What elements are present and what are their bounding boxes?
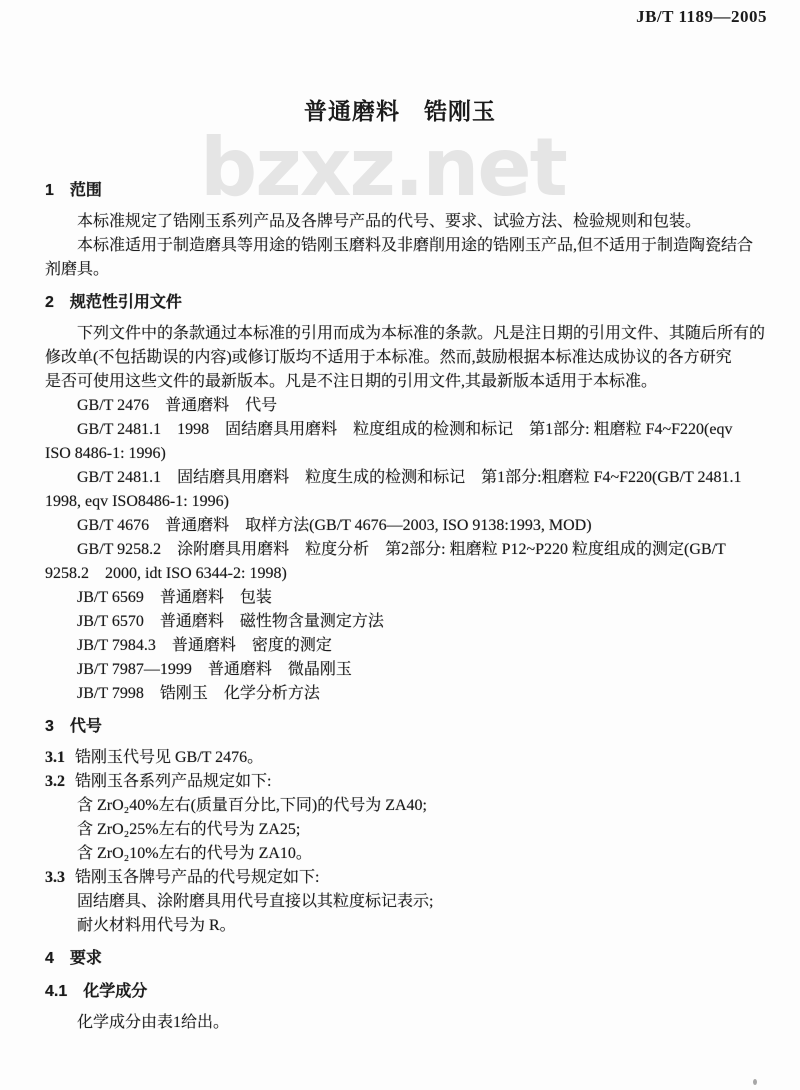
section-heading: 4 要求 [45, 947, 761, 971]
paragraph: 固结磨具、涂附磨具用代号直接以其粒度标记表示; [45, 890, 761, 914]
reference-item: JB/T 6570 普通磨料 磁性物含量测定方法 [45, 610, 761, 634]
clause-line: 3.3锆刚玉各牌号产品的代号规定如下: [45, 866, 761, 890]
reference-item: JB/T 6569 普通磨料 包装 [45, 586, 761, 610]
text-line: JB/T 6570 普通磨料 磁性物含量测定方法 [45, 610, 761, 634]
reference-item: JB/T 7984.3 普通磨料 密度的测定 [45, 634, 761, 658]
paragraph: 含 ZrO₂10%左右的代号为 ZA10。 [45, 842, 761, 866]
paragraph: 本标准规定了锆刚玉系列产品及各牌号产品的代号、要求、试验方法、检验规则和包装。 [45, 210, 761, 234]
section-heading: 3 代号 [45, 715, 761, 739]
reference-item: GB/T 4676 普通磨料 取样方法(GB/T 4676—2003, ISO … [45, 514, 761, 538]
paragraph: 下列文件中的条款通过本标准的引用而成为本标准的条款。凡是注日期的引用文件、其随后… [45, 322, 761, 394]
reference-item: GB/T 2481.1 1998 固结磨具用磨料 粒度组成的检测和标记 第1部分… [45, 418, 761, 466]
text-line: 含 ZrO₂25%左右的代号为 ZA25; [45, 818, 761, 842]
paragraph: 化学成分由表1给出。 [45, 1011, 761, 1035]
reference-item: GB/T 2476 普通磨料 代号 [45, 394, 761, 418]
standard-code: JB/T 1189—2005 [636, 7, 767, 27]
document-title: 普通磨料 锆刚玉 [0, 93, 800, 126]
reference-item: GB/T 2481.1 固结磨具用磨料 粒度生成的检测和标记 第1部分:粗磨粒 … [45, 466, 761, 514]
clause-number: 3.3 [45, 869, 75, 886]
text-line: 本标准规定了锆刚玉系列产品及各牌号产品的代号、要求、试验方法、检验规则和包装。 [45, 210, 761, 234]
paragraph: 耐火材料用代号为 R。 [45, 914, 761, 938]
section-heading: 4.1 化学成分 [45, 980, 761, 1004]
section-heading: 2 规范性引用文件 [45, 291, 761, 315]
text-line: JB/T 7984.3 普通磨料 密度的测定 [45, 634, 761, 658]
clause-number: 3.1 [45, 749, 75, 766]
text-line: ISO 8486-1: 1996) [45, 442, 761, 466]
text-line: GB/T 2481.1 1998 固结磨具用磨料 粒度组成的检测和标记 第1部分… [45, 418, 761, 442]
scan-artifact-dot [753, 1079, 757, 1085]
reference-item: JB/T 7998 锆刚玉 化学分析方法 [45, 682, 761, 706]
scanned-document-page: bzxz.net JB/T 1189—2005 普通磨料 锆刚玉 1 范围本标准… [0, 0, 800, 1090]
text-line: 化学成分由表1给出。 [45, 1011, 761, 1035]
text-line: JB/T 7998 锆刚玉 化学分析方法 [45, 682, 761, 706]
paragraph: 含 ZrO₂40%左右(质量百分比,下同)的代号为 ZA40; [45, 794, 761, 818]
reference-item: JB/T 7987—1999 普通磨料 微晶刚玉 [45, 658, 761, 682]
clause-text: 锆刚玉代号见 GB/T 2476。 [75, 749, 263, 766]
text-line: 本标准适用于制造磨具等用途的锆刚玉磨料及非磨削用途的锆刚玉产品,但不适用于制造陶… [45, 234, 761, 258]
text-line: GB/T 2476 普通磨料 代号 [45, 394, 761, 418]
text-line: 修改单(不包括勘误的内容)或修订版均不适用于本标准。然而,鼓励根据本标准达成协议… [45, 346, 761, 370]
text-line: JB/T 6569 普通磨料 包装 [45, 586, 761, 610]
text-line: 耐火材料用代号为 R。 [45, 914, 761, 938]
text-line: GB/T 9258.2 涂附磨具用磨料 粒度分析 第2部分: 粗磨粒 P12~P… [45, 538, 761, 562]
text-line: 9258.2 2000, idt ISO 6344-2: 1998) [45, 562, 761, 586]
paragraph: 本标准适用于制造磨具等用途的锆刚玉磨料及非磨削用途的锆刚玉产品,但不适用于制造陶… [45, 234, 761, 282]
document-body: 1 范围本标准规定了锆刚玉系列产品及各牌号产品的代号、要求、试验方法、检验规则和… [45, 170, 761, 1035]
text-line: GB/T 2481.1 固结磨具用磨料 粒度生成的检测和标记 第1部分:粗磨粒 … [45, 466, 761, 490]
clause-text: 锆刚玉各系列产品规定如下: [75, 773, 271, 790]
text-line: GB/T 4676 普通磨料 取样方法(GB/T 4676—2003, ISO … [45, 514, 761, 538]
text-line: JB/T 7987—1999 普通磨料 微晶刚玉 [45, 658, 761, 682]
text-line: 含 ZrO₂40%左右(质量百分比,下同)的代号为 ZA40; [45, 794, 761, 818]
clause-line: 3.2锆刚玉各系列产品规定如下: [45, 770, 761, 794]
text-line: 剂磨具。 [45, 258, 761, 282]
clause-text: 锆刚玉各牌号产品的代号规定如下: [75, 869, 319, 886]
text-line: 下列文件中的条款通过本标准的引用而成为本标准的条款。凡是注日期的引用文件、其随后… [45, 322, 761, 346]
clause-number: 3.2 [45, 773, 75, 790]
text-line: 含 ZrO₂10%左右的代号为 ZA10。 [45, 842, 761, 866]
text-line: 固结磨具、涂附磨具用代号直接以其粒度标记表示; [45, 890, 761, 914]
paragraph: 含 ZrO₂25%左右的代号为 ZA25; [45, 818, 761, 842]
section-heading: 1 范围 [45, 179, 761, 203]
text-line: 1998, eqv ISO8486-1: 1996) [45, 490, 761, 514]
reference-item: GB/T 9258.2 涂附磨具用磨料 粒度分析 第2部分: 粗磨粒 P12~P… [45, 538, 761, 586]
text-line: 是否可使用这些文件的最新版本。凡是不注日期的引用文件,其最新版本适用于本标准。 [45, 370, 761, 394]
clause-line: 3.1锆刚玉代号见 GB/T 2476。 [45, 746, 761, 770]
